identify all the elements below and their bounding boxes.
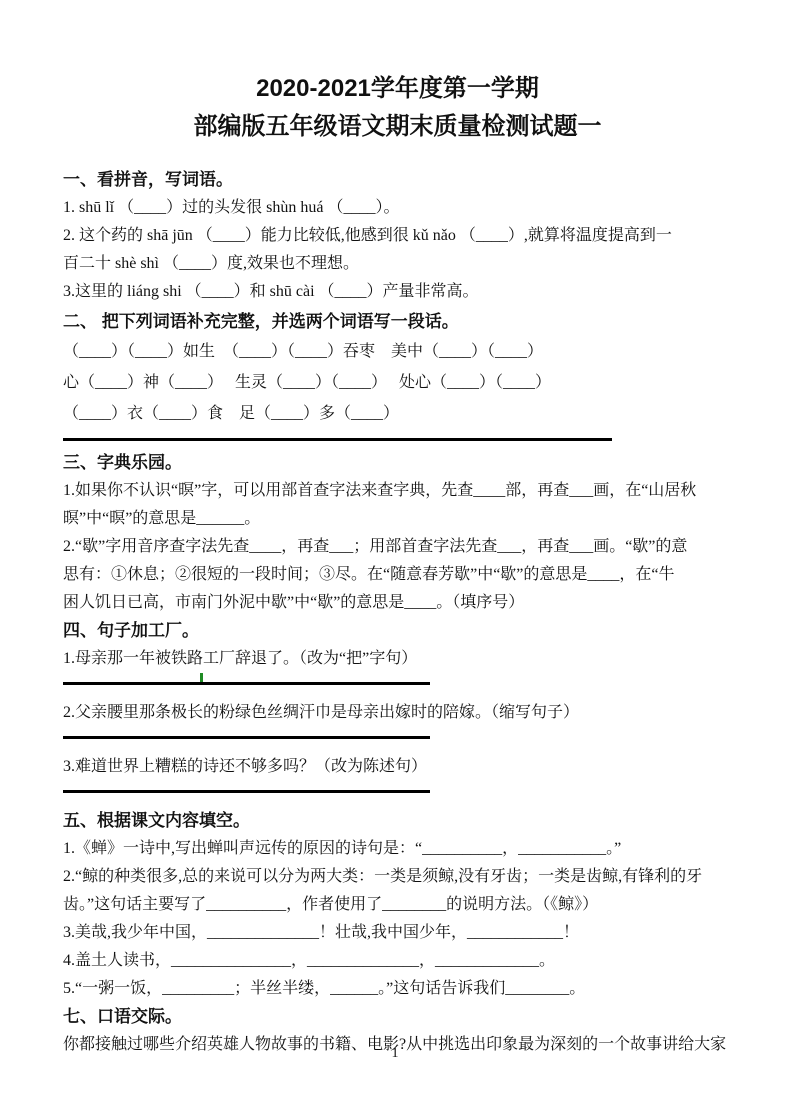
page-number: 1 [0, 1046, 790, 1062]
section-fill-by-text: 五、根据课文内容填空。 1.《蝉》一诗中,写出蝉叫声远传的原因的诗句是：“___… [63, 807, 732, 1003]
title-line-2: 部编版五年级语文期末质量检测试题一 [63, 108, 732, 146]
section-header: 一、看拼音，写词语。 [63, 166, 732, 194]
green-tick-mark [200, 673, 203, 682]
answer-line [63, 682, 430, 685]
section-header: 四、句子加工厂。 [63, 617, 732, 645]
word-blank-row: （____）（____）如生 （____）（____）吞枣 美中（____）（_… [63, 336, 732, 367]
question-line: 3.这里的 liáng shi （____）和 shū cài （____）产量… [63, 278, 732, 306]
question-line: 3.难道世界上糟糕的诗还不够多吗？（改为陈述句） [63, 753, 732, 781]
answer-line [63, 790, 430, 793]
answer-line [63, 438, 612, 441]
word-blank-row: 心（____）神（____） 生灵（____）（____） 处心（____）（_… [63, 367, 732, 398]
question-line: 2.父亲腰里那条极长的粉绿色丝绸汗巾是母亲出嫁时的陪嫁。（缩写句子） [63, 699, 732, 727]
section-header: 七、口语交际。 [63, 1003, 732, 1031]
section-sentence-factory: 四、句子加工厂。 1.母亲那一年被铁路工厂辞退了。（改为“把”字句） 2.父亲腰… [63, 617, 732, 793]
question-line: 5.“一粥一饭，_________；半丝半缕，______。”这句话告诉我们__… [63, 975, 732, 1003]
question-line: 暝”中“暝”的意思是______。 [63, 505, 732, 533]
page-title: 2020-2021学年度第一学期 部编版五年级语文期末质量检测试题一 [63, 0, 732, 146]
exam-paper-page: 2020-2021学年度第一学期 部编版五年级语文期末质量检测试题一 一、看拼音… [0, 0, 790, 1118]
question-line: 1. shū lǐ （____）过的头发很 shùn huá （____）。 [63, 194, 732, 222]
question-line: 思有：①休息；②很短的一段时间；③尽。在“随意春芳歇”中“歇”的意思是____，… [63, 561, 732, 589]
question-line: 2. 这个药的 shā jūn （____）能力比较低,他感到很 kǔ nǎo … [63, 222, 732, 250]
question-line: 3.美哉,我少年中国，______________！壮哉,我中国少年，_____… [63, 919, 732, 947]
word-blank-row: （____）衣（____）食 足（____）多（____） [63, 398, 732, 429]
question-line: 4.盖土人读书，_______________，______________，_… [63, 947, 732, 975]
section-header: 五、根据课文内容填空。 [63, 807, 732, 835]
section-dictionary-paradise: 三、字典乐园。 1.如果你不认识“暝”字，可以用部首查字法来查字典，先查____… [63, 449, 732, 617]
question-line: 1.母亲那一年被铁路工厂辞退了。（改为“把”字句） [63, 645, 732, 673]
question-line: 齿。”这句话主要写了__________，作者使用了________的说明方法。… [63, 891, 732, 919]
question-line: 2.“鲸的种类很多,总的来说可以分为两大类：一类是须鲸,没有牙齿；一类是齿鲸,有… [63, 863, 732, 891]
question-line: 2.“歇”字用音序查字法先查____，再查___；用部首查字法先查___，再查_… [63, 533, 732, 561]
question-line: 1.《蝉》一诗中,写出蝉叫声远传的原因的诗句是：“__________，____… [63, 835, 732, 863]
section-pinyin-write-words: 一、看拼音，写词语。 1. shū lǐ （____）过的头发很 shùn hu… [63, 166, 732, 306]
section-header: 二、 把下列词语补充完整，并选两个词语写一段话。 [63, 308, 732, 336]
question-line: 1.如果你不认识“暝”字，可以用部首查字法来查字典，先查____部，再查___画… [63, 477, 732, 505]
question-line: 百二十 shè shì （____）度,效果也不理想。 [63, 250, 732, 278]
question-line: 困人饥日已高，市南门外泥中歇”中“歇”的意思是____。（填序号） [63, 589, 732, 617]
answer-line [63, 736, 430, 739]
section-header: 三、字典乐园。 [63, 449, 732, 477]
title-line-1: 2020-2021学年度第一学期 [63, 70, 732, 108]
section-complete-words: 二、 把下列词语补充完整，并选两个词语写一段话。 （____）（____）如生 … [63, 308, 732, 441]
